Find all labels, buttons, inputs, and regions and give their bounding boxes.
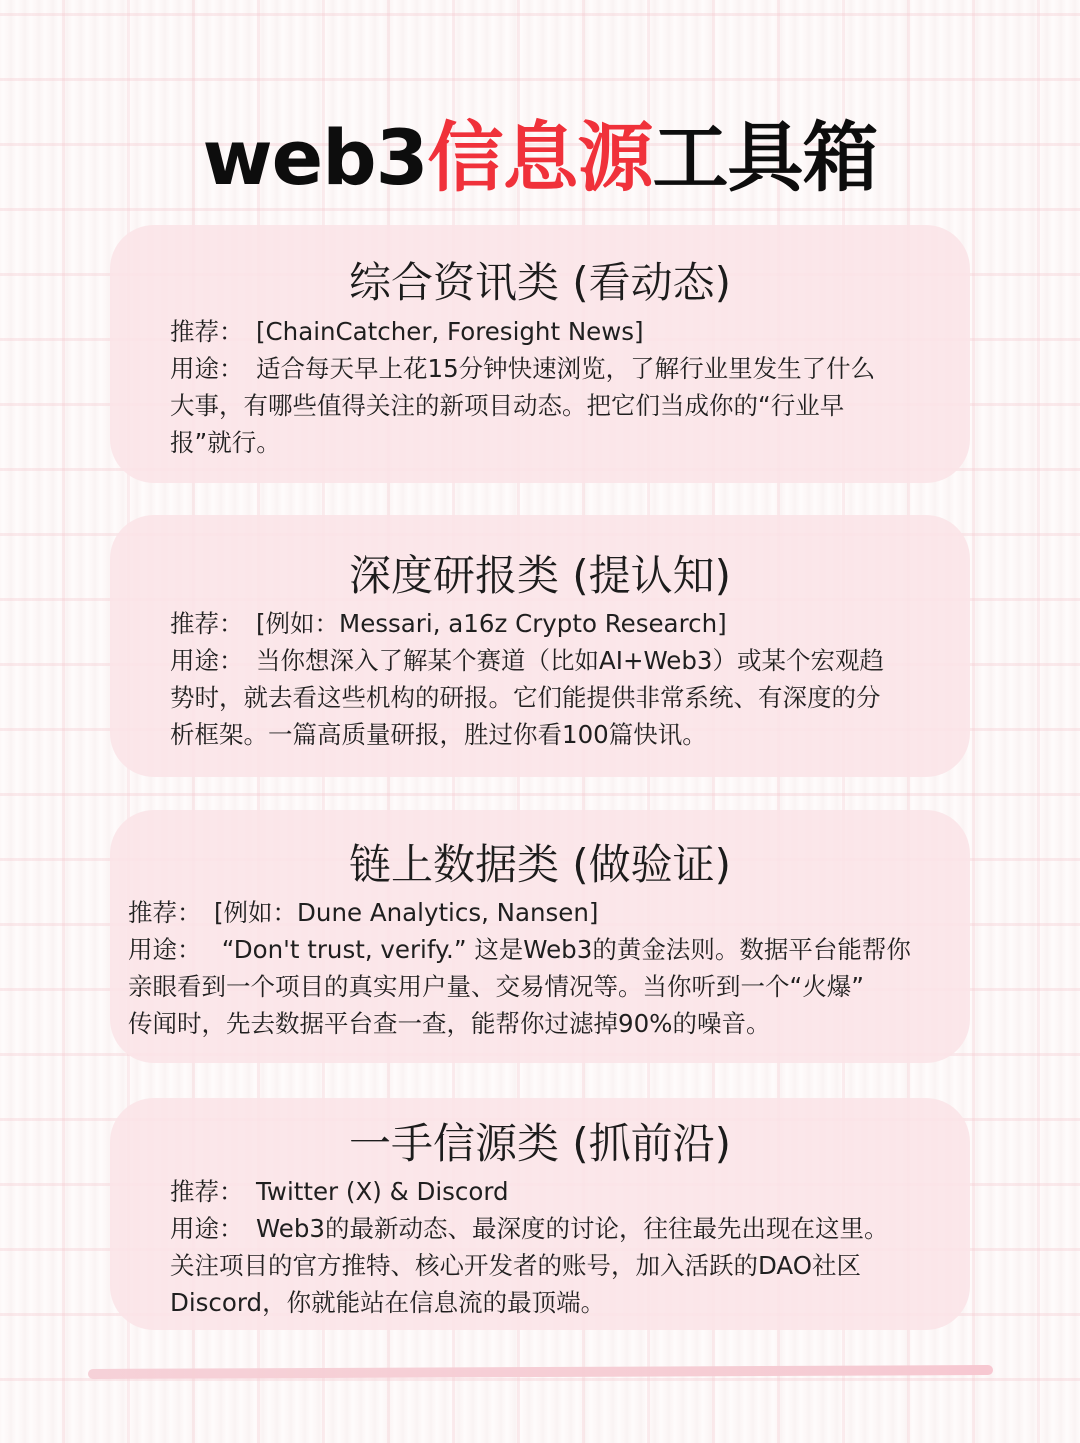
- section-body: 推荐：[例如：Messari, a16z Crypto Research] 用途…: [170, 605, 930, 753]
- section-heading: 综合资讯类 (看动态): [110, 255, 970, 311]
- usage-text-continued: 大事，有哪些值得关注的新项目动态。把它们当成你的“行业早: [170, 387, 930, 424]
- usage-text-continued: Discord，你就能站在信息流的最顶端。: [170, 1284, 930, 1321]
- usage-text-continued: 亲眼看到一个项目的真实用户量、交易情况等。当你听到一个“火爆”: [128, 968, 958, 1005]
- section-heading: 深度研报类 (提认知): [110, 548, 970, 604]
- section-body: 推荐：[ChainCatcher, Foresight News] 用途：适合每…: [170, 313, 930, 461]
- recommend-value: [例如：Dune Analytics, Nansen]: [214, 898, 598, 927]
- usage-line: 用途：Web3的最新动态、最深度的讨论，往往最先出现在这里。: [170, 1210, 930, 1247]
- section-card-news: 综合资讯类 (看动态) 推荐：[ChainCatcher, Foresight …: [110, 225, 970, 483]
- decorative-brush-divider: [88, 1365, 993, 1379]
- recommend-value: [例如：Messari, a16z Crypto Research]: [256, 609, 727, 638]
- recommend-label: 推荐：: [170, 1173, 256, 1210]
- usage-line: 用途：适合每天早上花15分钟快速浏览，了解行业里发生了什么: [170, 350, 930, 387]
- recommend-line: 推荐：[例如：Dune Analytics, Nansen]: [128, 894, 958, 931]
- usage-line: 用途： “Don't trust, verify.” 这是Web3的黄金法则。数…: [128, 931, 958, 968]
- usage-text: 当你想深入了解某个赛道（比如AI+Web3）或某个宏观趋: [256, 646, 884, 675]
- usage-label: 用途：: [170, 1210, 256, 1247]
- section-heading: 链上数据类 (做验证): [110, 837, 970, 893]
- recommend-label: 推荐：: [128, 894, 214, 931]
- usage-text-continued: 报”就行。: [170, 424, 930, 461]
- section-card-firsthand: 一手信源类 (抓前沿) 推荐：Twitter (X) & Discord 用途：…: [110, 1098, 970, 1330]
- recommend-value: [ChainCatcher, Foresight News]: [256, 317, 644, 346]
- usage-label: 用途：: [170, 350, 256, 387]
- recommend-label: 推荐：: [170, 313, 256, 350]
- title-suffix: 工具箱: [653, 113, 878, 202]
- page-title: web3信息源工具箱: [0, 108, 1080, 208]
- usage-text-continued: 势时，就去看这些机构的研报。它们能提供非常系统、有深度的分: [170, 679, 930, 716]
- section-body: 推荐：[例如：Dune Analytics, Nansen] 用途： “Don'…: [128, 894, 958, 1042]
- usage-text: Web3的最新动态、最深度的讨论，往往最先出现在这里。: [256, 1214, 889, 1243]
- section-card-onchain: 链上数据类 (做验证) 推荐：[例如：Dune Analytics, Nanse…: [110, 810, 970, 1063]
- usage-label: 用途：: [128, 931, 214, 968]
- recommend-line: 推荐：[ChainCatcher, Foresight News]: [170, 313, 930, 350]
- title-accent: 信息源: [428, 113, 653, 202]
- usage-text: 适合每天早上花15分钟快速浏览，了解行业里发生了什么: [256, 354, 875, 383]
- recommend-value: Twitter (X) & Discord: [256, 1177, 509, 1206]
- section-card-research: 深度研报类 (提认知) 推荐：[例如：Messari, a16z Crypto …: [110, 515, 970, 777]
- recommend-label: 推荐：: [170, 605, 256, 642]
- title-prefix: web3: [202, 113, 427, 202]
- usage-text-continued: 析框架。一篇高质量研报，胜过你看100篇快讯。: [170, 716, 930, 753]
- usage-line: 用途：当你想深入了解某个赛道（比如AI+Web3）或某个宏观趋: [170, 642, 930, 679]
- usage-text: “Don't trust, verify.” 这是Web3的黄金法则。数据平台能…: [214, 935, 911, 964]
- section-body: 推荐：Twitter (X) & Discord 用途：Web3的最新动态、最深…: [170, 1173, 930, 1321]
- section-heading: 一手信源类 (抓前沿): [110, 1116, 970, 1172]
- recommend-line: 推荐：[例如：Messari, a16z Crypto Research]: [170, 605, 930, 642]
- usage-text-continued: 关注项目的官方推特、核心开发者的账号，加入活跃的DAO社区: [170, 1247, 930, 1284]
- usage-label: 用途：: [170, 642, 256, 679]
- recommend-line: 推荐：Twitter (X) & Discord: [170, 1173, 930, 1210]
- usage-text-continued: 传闻时，先去数据平台查一查，能帮你过滤掉90%的噪音。: [128, 1005, 958, 1042]
